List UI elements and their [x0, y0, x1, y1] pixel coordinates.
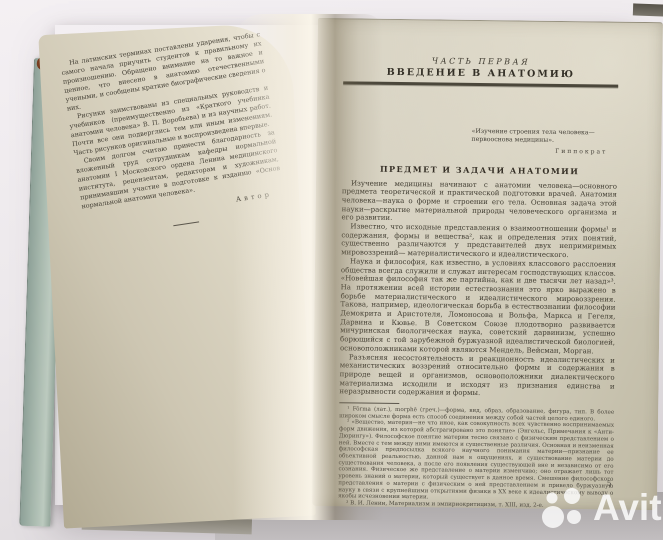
section-end-divider [173, 221, 199, 226]
epigraph: «Изучение строения тела человека— первоо… [471, 127, 613, 145]
body-paragraph: Известно, что исходные представления о в… [341, 222, 616, 260]
left-page: На латинских терминах поставлены ударени… [38, 22, 316, 529]
body-paragraph: Изучение медицины начинают с анатомии че… [342, 179, 618, 226]
right-page: ЧАСТЬ ПЕРВАЯ ВВЕДЕНИЕ В АНАТОМИЮ «Изучен… [312, 18, 663, 510]
body-paragraph: Наука и философия, как известно, в услов… [340, 257, 616, 356]
chapter-title: ВВЕДЕНИЕ В АНАТОМИЮ [343, 66, 618, 80]
body-text-block: Изучение медицины начинают с анатомии че… [339, 179, 617, 400]
avito-logo-icon [540, 486, 588, 530]
avito-wordmark: Avito [593, 487, 663, 529]
preface-text-block: На латинских терминах поставлены ударени… [60, 30, 287, 239]
chapter-rule [343, 81, 618, 87]
book-photo: На латинских терминах поставлены ударени… [0, 0, 663, 540]
part-label: ЧАСТЬ ПЕРВАЯ [343, 55, 618, 67]
avito-watermark: Avito [540, 486, 663, 530]
right-page-content: ЧАСТЬ ПЕРВАЯ ВВЕДЕНИЕ В АНАТОМИЮ «Изучен… [338, 55, 618, 510]
body-paragraph: Разъясняя несостоятельность и реакционно… [339, 353, 615, 400]
epigraph-author: Гиппократ [342, 145, 607, 155]
back-cover-corner [633, 3, 663, 16]
section-title: ПРЕДМЕТ И ЗАДАЧИ АНАТОМИИ [342, 163, 617, 176]
footnote-separator [339, 402, 399, 404]
